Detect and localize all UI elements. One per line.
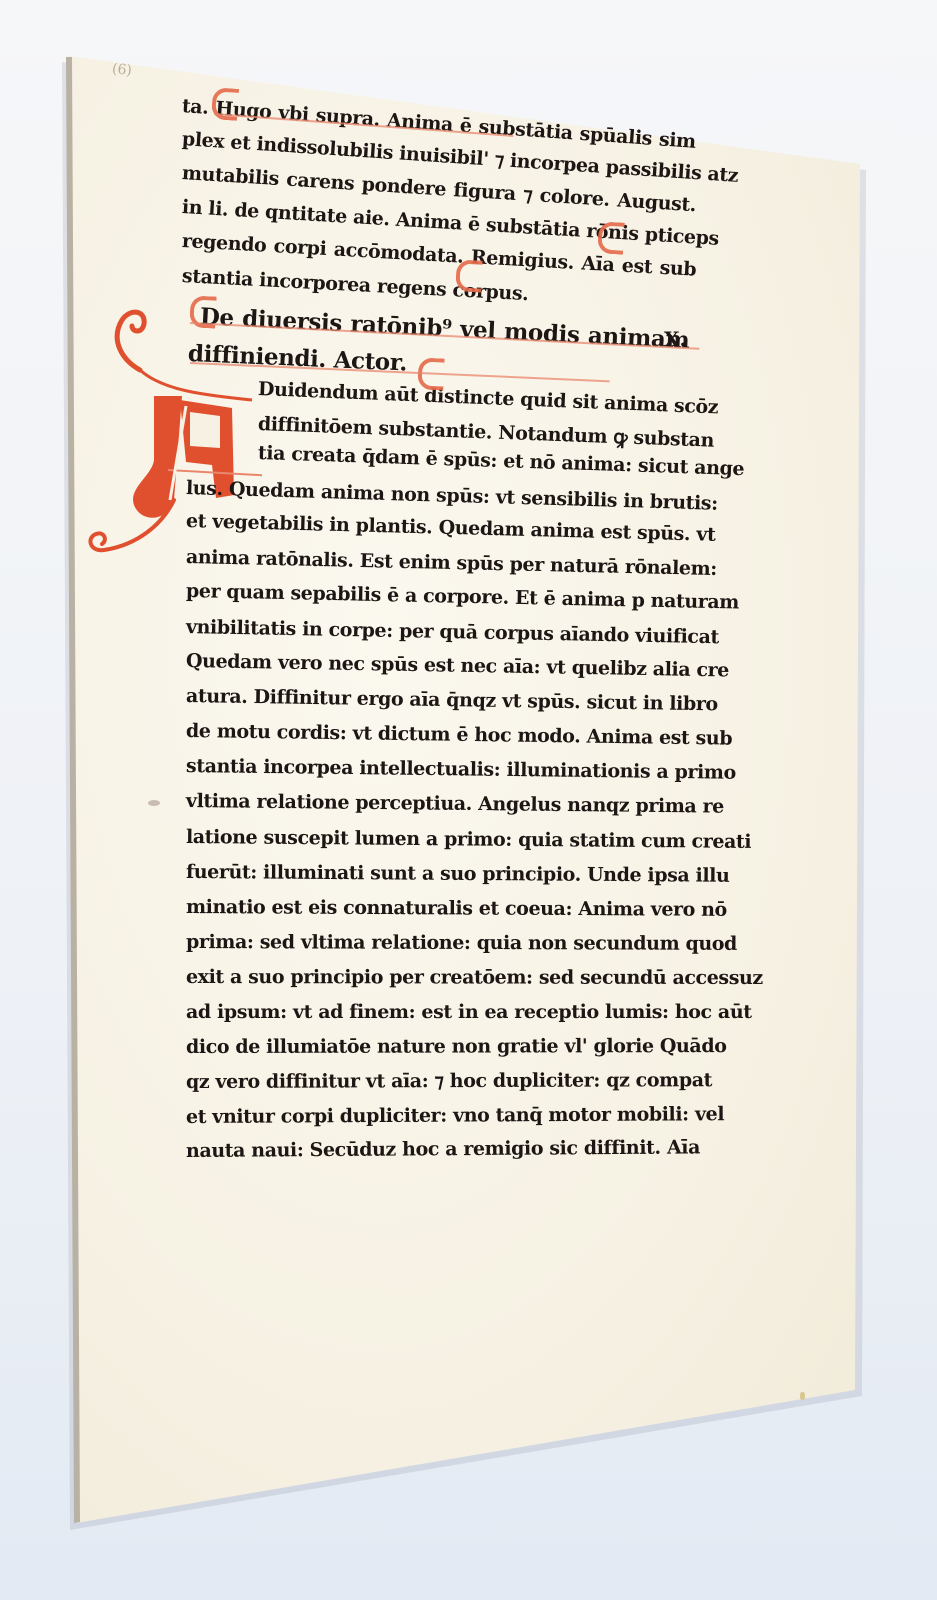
text-line: latione suscepit lumen a primo: quia sta… xyxy=(186,826,691,852)
text-line: qz vero diffinitur vt aīa: ⁊ hoc duplici… xyxy=(186,1069,691,1093)
paper-stain xyxy=(800,1392,805,1400)
text-line: fuerūt: illuminati sunt a suo principio.… xyxy=(186,861,691,887)
text-line: prima: sed vltima relatione: quia non se… xyxy=(186,931,691,955)
text-line: dico de illumiatōe nature non gratie vl'… xyxy=(186,1035,691,1058)
text-line: exit a suo principio per creatōem: sed s… xyxy=(186,966,691,989)
folio-mark: (6) xyxy=(111,61,132,79)
text-line: et vnitur corpi dupliciter: vno tanq̄ mo… xyxy=(186,1103,691,1128)
text-line: nauta naui: Secūduz hoc a remigio sic di… xyxy=(186,1136,691,1162)
text-line: minatio est eis connaturalis et coeua: A… xyxy=(186,896,691,921)
rubrication-mark-icon xyxy=(597,221,625,254)
paper-blemish xyxy=(148,800,160,806)
text-line: ad ipsum: vt ad finem: est in ea recepti… xyxy=(186,1001,691,1023)
rubrication-mark-icon xyxy=(455,259,483,292)
